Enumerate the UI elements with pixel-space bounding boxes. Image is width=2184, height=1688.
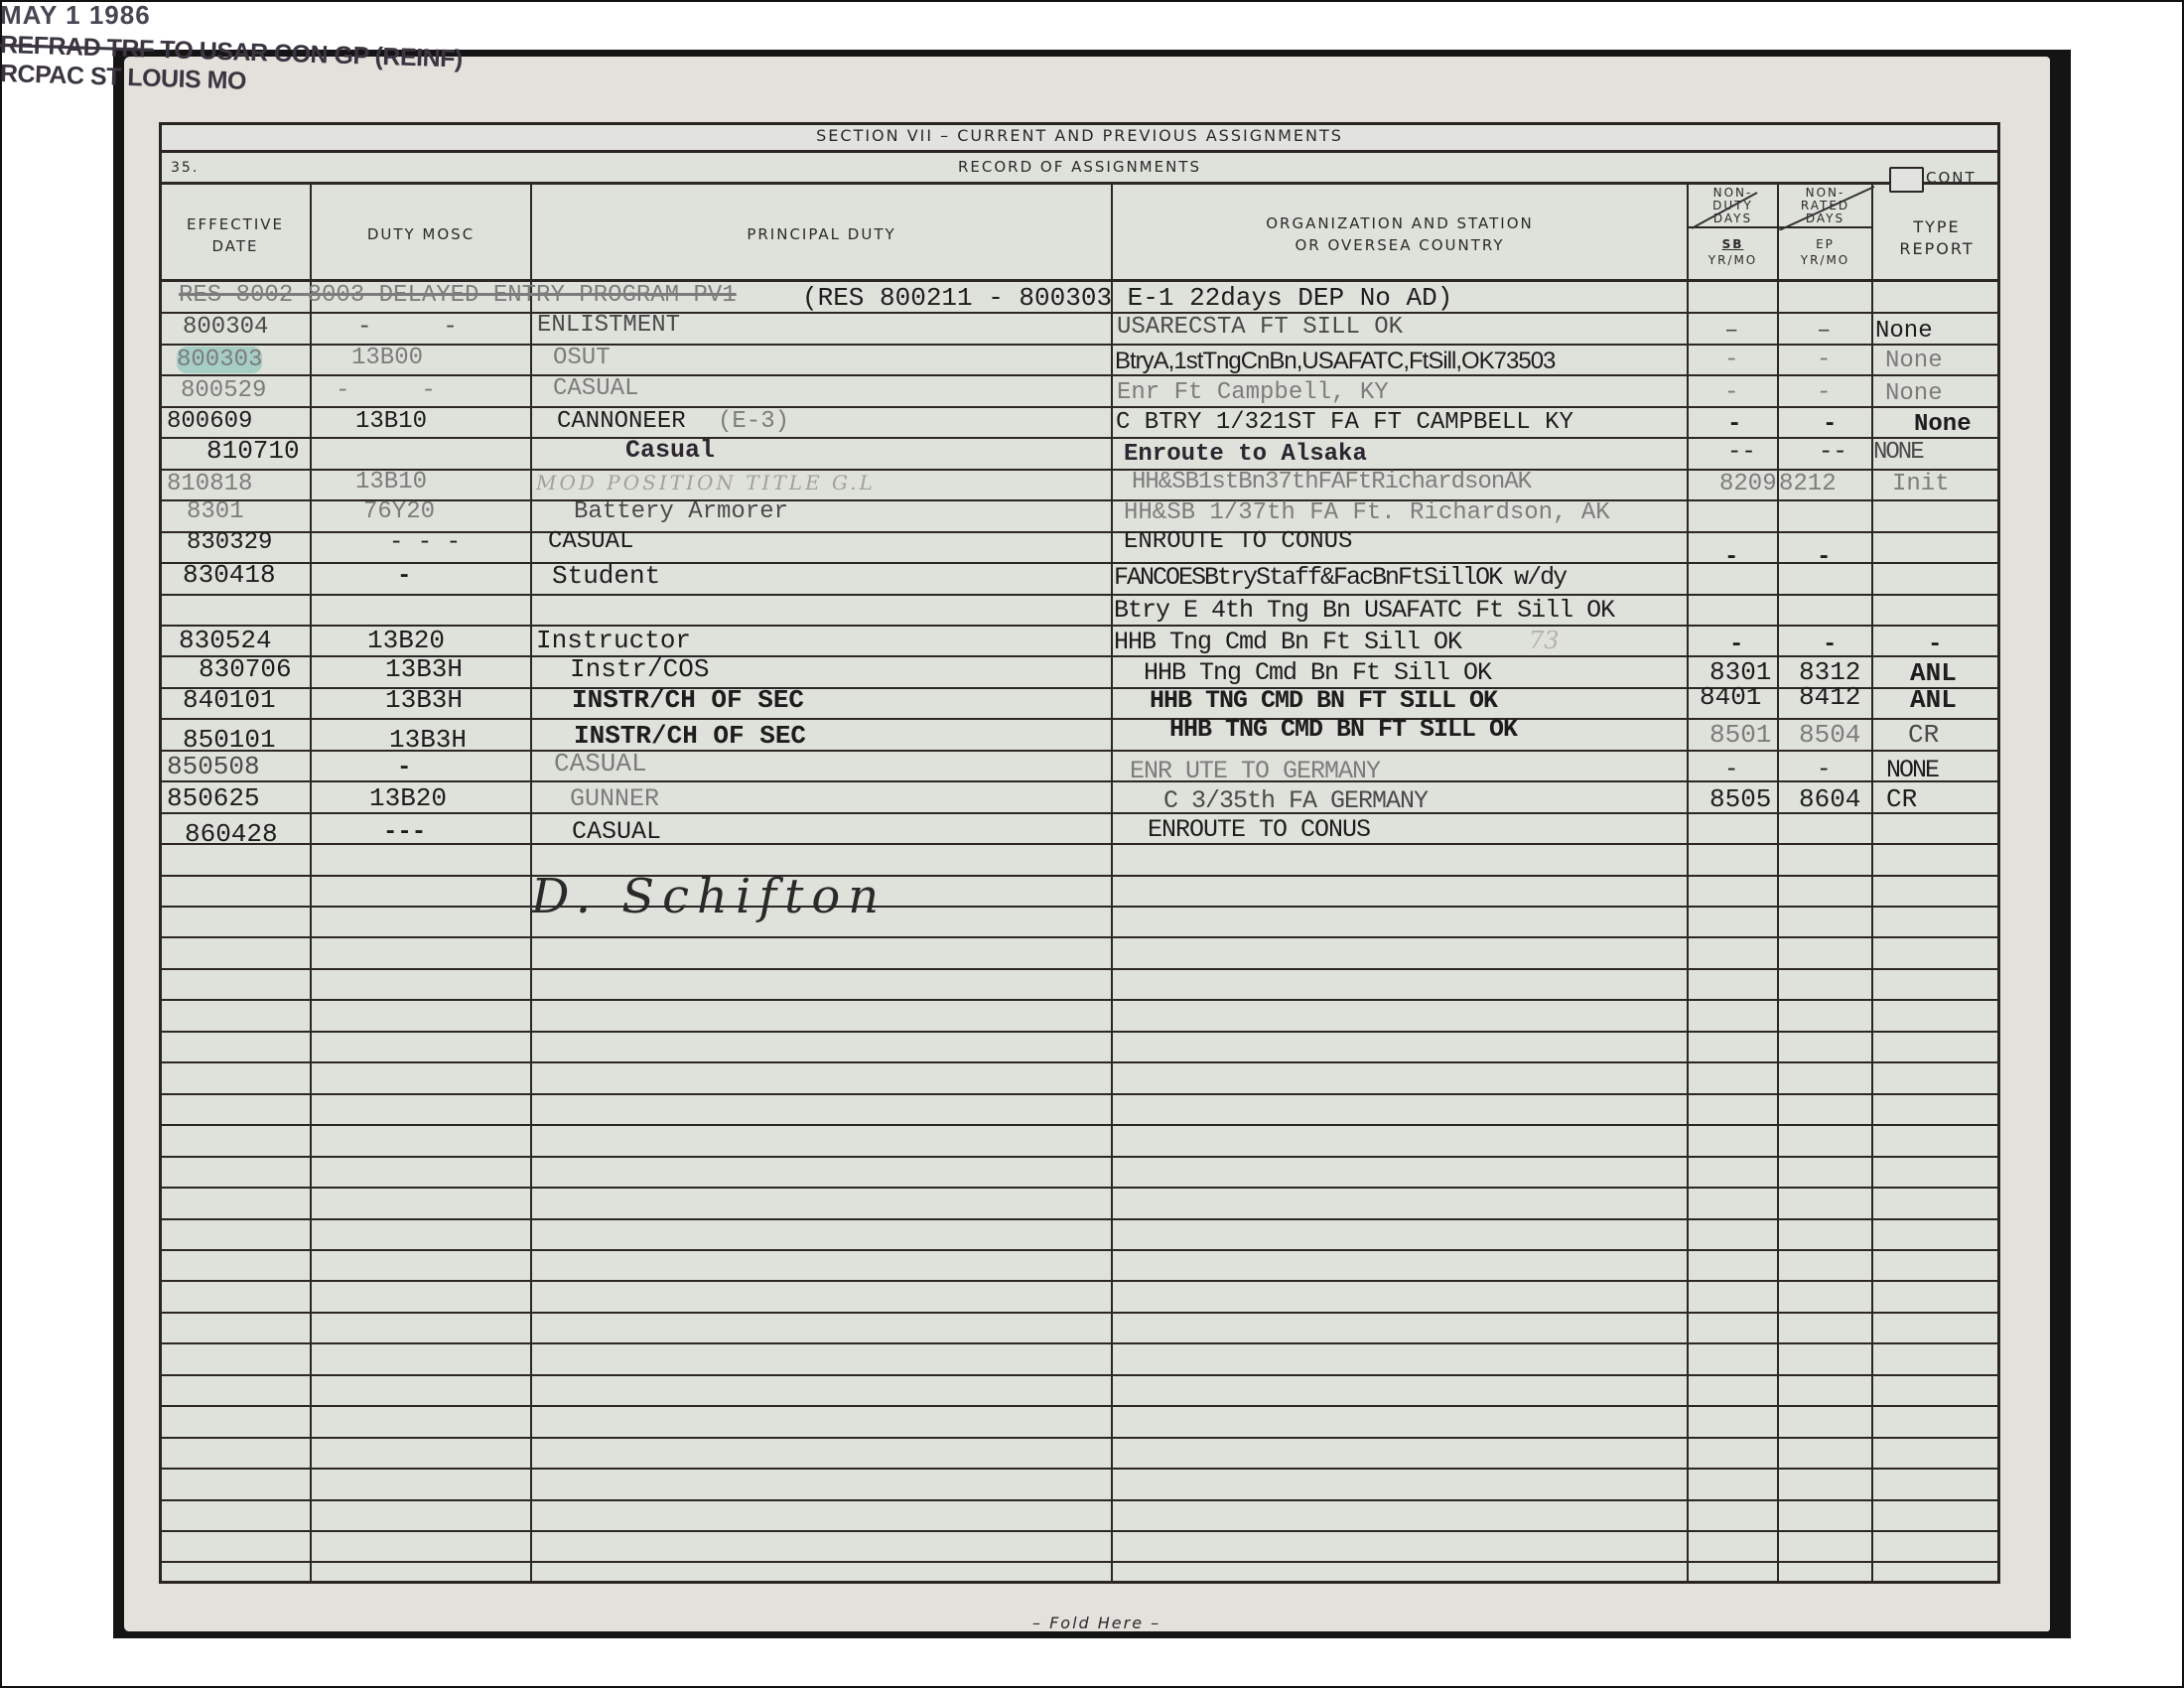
row-type: None xyxy=(1885,380,1943,408)
row-org: Enroute to Alsaka xyxy=(1124,441,1367,469)
row-mosc: 13B00 xyxy=(351,345,423,372)
row-org: FANCOESBtryStaff&FacBnFtSillOK w/dy xyxy=(1114,564,1566,592)
row-org: HHB Tng Cmd Bn Ft Sill OK xyxy=(1114,629,1461,656)
delayed-entry-struck: RES 8002-8003 DELAYED ENTRY PROGRAM PV1 xyxy=(179,282,737,310)
row-org-note: 73 xyxy=(1529,627,1560,654)
ruled-line xyxy=(159,1342,2000,1344)
row-date: 800304 xyxy=(183,314,268,342)
row-sb: - xyxy=(1729,632,1743,659)
row-sb: - xyxy=(1724,379,1738,407)
row-date: 830706 xyxy=(199,655,292,683)
ruled-line xyxy=(159,594,2000,596)
ruled-line xyxy=(159,1374,2000,1376)
ruled-line xyxy=(159,1437,2000,1439)
row-ep: - xyxy=(1823,411,1837,439)
row-mosc: - - xyxy=(336,377,436,405)
row-ep: 8412 xyxy=(1799,683,1860,711)
ruled-line xyxy=(159,875,2000,877)
ruled-line xyxy=(159,1031,2000,1033)
ruled-line xyxy=(159,1124,2000,1126)
ruled-line xyxy=(159,1530,2000,1532)
cont-checkbox[interactable] xyxy=(1889,167,1924,193)
row-date: 800303 xyxy=(177,347,262,373)
row-org: HHB Tng Cmd Bn Ft Sill OK xyxy=(1144,659,1491,687)
fold-here-label: – Fold Here – xyxy=(1032,1614,1160,1632)
header-sub-label: SB xyxy=(1689,236,1777,252)
row-org: ENROUTE TO CONUS xyxy=(1148,816,1370,844)
row-duty: Instructor xyxy=(536,627,691,654)
row-sb: – xyxy=(1724,318,1738,346)
row-type: Init xyxy=(1892,471,1950,498)
row-date: 830418 xyxy=(183,561,276,589)
row-handwritten-note: MOD POSITION TITLE G.L xyxy=(536,469,876,496)
row-mosc: 76Y20 xyxy=(363,498,435,526)
divider xyxy=(159,150,2000,153)
row-sb: 8505 xyxy=(1709,785,1771,813)
row-org: USARECSTA FT SILL OK xyxy=(1117,314,1403,342)
delayed-entry-correction: (RES 800211 - 800303 E-1 22days DEP No A… xyxy=(802,284,1452,312)
row-type: ANL xyxy=(1910,686,1957,714)
row-duty: INSTR/CH OF SEC xyxy=(574,722,806,750)
row-sb: 8401 xyxy=(1700,683,1761,711)
ruled-line xyxy=(159,936,2000,938)
row-mosc: 13B10 xyxy=(355,469,427,496)
row-mosc: 13B3H xyxy=(385,686,463,714)
row-duty: INSTR/CH OF SEC xyxy=(572,686,804,714)
header-line: ORGANIZATION AND STATION xyxy=(1113,212,1687,234)
row-date: 800529 xyxy=(181,377,266,405)
ruled-line xyxy=(159,374,2000,376)
row-date: 8301 xyxy=(187,498,244,526)
row-duty: CASUAL xyxy=(554,750,647,777)
row-duty: CANNONEER xyxy=(557,408,686,436)
row-org: ENR UTE TO GERMANY xyxy=(1130,758,1380,785)
header-sub-label: EP xyxy=(1779,236,1871,252)
row-ep: 8604 xyxy=(1799,785,1860,813)
row-duty: OSUT xyxy=(553,345,611,372)
row-duty: GUNNER xyxy=(570,785,659,813)
row-duty: CASUAL xyxy=(553,375,638,403)
row-sb: - xyxy=(1724,757,1738,784)
row-ep: -- xyxy=(1819,439,1847,467)
ruled-line xyxy=(159,1156,2000,1158)
ruled-line xyxy=(159,1187,2000,1189)
ruled-line xyxy=(159,1561,2000,1563)
row-org: C BTRY 1/321ST FA FT CAMPBELL KY xyxy=(1116,409,1573,437)
header-line: OR OVERSEA COUNTRY xyxy=(1113,234,1687,256)
row-type: - xyxy=(1928,632,1942,659)
row-sb: 8209 xyxy=(1719,471,1777,498)
row-ep: - xyxy=(1823,632,1837,659)
row-duty: CASUAL xyxy=(548,528,633,556)
row-type: ANL xyxy=(1910,659,1957,687)
ruled-line xyxy=(159,437,2000,439)
row-mosc: 13B20 xyxy=(367,627,445,654)
row-duty: Battery Armorer xyxy=(574,498,788,526)
row-sb: - xyxy=(1724,347,1738,374)
row-date: 860428 xyxy=(185,820,278,848)
row-date: 840101 xyxy=(183,686,276,714)
header-line: TYPE xyxy=(1873,216,2000,238)
ruled-line xyxy=(159,1061,2000,1063)
transfer-stamp-struck: REFRAD TRF xyxy=(0,31,154,64)
row-date: 830329 xyxy=(187,529,272,557)
header-duty-mosc: DUTY MOSC xyxy=(312,223,530,245)
row-duty: CASUAL xyxy=(572,818,661,846)
row-type: CR xyxy=(1886,785,1917,813)
row-ep: 8212 xyxy=(1779,471,1837,498)
row-type: None xyxy=(1885,348,1943,375)
ruled-line xyxy=(159,1405,2000,1407)
ruled-line xyxy=(159,1280,2000,1282)
header-effective-date: EFFECTIVE DATE xyxy=(161,213,310,257)
row-org: BtryA,1stTngCnBn,USAFATC,FtSill,OK73503 xyxy=(1115,348,1555,375)
row-date: 850508 xyxy=(167,753,260,780)
row-sb: 8501 xyxy=(1709,721,1771,749)
row-org: Enr Ft Campbell, KY xyxy=(1117,379,1389,407)
row-date: 830524 xyxy=(179,627,272,654)
ruled-line xyxy=(159,1218,2000,1220)
header-type-report: TYPE REPORT xyxy=(1873,216,2000,260)
header-sub-label: YR/MO xyxy=(1779,252,1871,268)
ruled-line xyxy=(159,906,2000,908)
row-ep: - xyxy=(1817,757,1831,784)
row-mosc: 13B10 xyxy=(355,408,427,436)
row-ep: - xyxy=(1817,379,1831,407)
row-type: None xyxy=(1875,318,1933,346)
row-mosc: - - - xyxy=(389,529,461,557)
row-ep: - xyxy=(1817,544,1831,572)
row-duty: Instr/COS xyxy=(570,655,709,683)
row-date: 810818 xyxy=(167,471,252,498)
record-title: RECORD OF ASSIGNMENTS xyxy=(159,156,2000,178)
row-mosc: - xyxy=(397,755,411,782)
row-sb: -- xyxy=(1727,439,1756,467)
row-org: HHB TNG CMD BN FT SILL OK xyxy=(1169,716,1517,744)
signature: D. Schifton xyxy=(531,872,887,921)
header-sb-yrmo: SB YR/MO xyxy=(1689,236,1777,268)
row-mosc: - - xyxy=(357,314,458,342)
header-organization: ORGANIZATION AND STATION OR OVERSEA COUN… xyxy=(1113,212,1687,256)
row-org: HH&SB1stBn37thFAFtRichardsonAK xyxy=(1132,469,1531,496)
header-line: REPORT xyxy=(1873,238,2000,260)
row-org: Btry E 4th Tng Bn USAFATC Ft Sill OK xyxy=(1114,597,1614,625)
row-org: HHB TNG CMD BN FT SILL OK xyxy=(1150,687,1497,715)
header-line: EFFECTIVE xyxy=(161,213,310,235)
row-org: C 3/35th FA GERMANY xyxy=(1163,787,1428,815)
row-mosc: - xyxy=(397,563,411,591)
ruled-line xyxy=(159,1468,2000,1470)
ruled-line xyxy=(159,1249,2000,1251)
row-type: None xyxy=(1914,411,1972,439)
ruled-line xyxy=(159,1312,2000,1314)
header-line: DATE xyxy=(161,235,310,257)
row-duty: Student xyxy=(552,562,660,590)
ruled-line xyxy=(159,1093,2000,1095)
row-ep: – xyxy=(1817,318,1831,346)
row-duty-note: (E-3) xyxy=(718,408,789,436)
ruled-line xyxy=(159,999,2000,1001)
row-mosc: 13B3H xyxy=(389,726,467,754)
cont-label: CONT xyxy=(1926,167,1977,189)
ruled-line xyxy=(159,968,2000,970)
row-ep: - xyxy=(1817,347,1831,374)
pen-strike-icon xyxy=(1688,185,1876,230)
row-org: ENROUTE TO CONUS xyxy=(1124,528,1352,556)
header-sub-label: YR/MO xyxy=(1689,252,1777,268)
ruled-line xyxy=(159,1499,2000,1501)
ruled-line xyxy=(159,499,2000,501)
row-sb: - xyxy=(1724,544,1738,572)
row-mosc: 13B3H xyxy=(385,655,463,683)
header-principal-duty: PRINCIPAL DUTY xyxy=(532,223,1111,245)
row-date: 800609 xyxy=(167,408,252,436)
row-duty: Casual xyxy=(625,437,715,465)
row-ep: 8504 xyxy=(1799,721,1860,749)
row-date: 850625 xyxy=(167,784,260,812)
ruled-line xyxy=(159,843,2000,845)
row-date: 810710 xyxy=(206,437,300,465)
row-type: NONE xyxy=(1886,757,1938,784)
row-date: 850101 xyxy=(183,726,276,754)
header-ep-yrmo: EP YR/MO xyxy=(1779,236,1871,268)
row-duty: ENLISTMENT xyxy=(537,312,680,340)
row-org: HH&SB 1/37th FA Ft. Richardson, AK xyxy=(1124,499,1610,527)
row-mosc: 13B20 xyxy=(369,784,447,812)
row-type: NONE xyxy=(1873,439,1923,467)
row-sb: - xyxy=(1727,411,1741,439)
row-type: CR xyxy=(1908,721,1939,749)
row-mosc: --- xyxy=(383,819,426,847)
